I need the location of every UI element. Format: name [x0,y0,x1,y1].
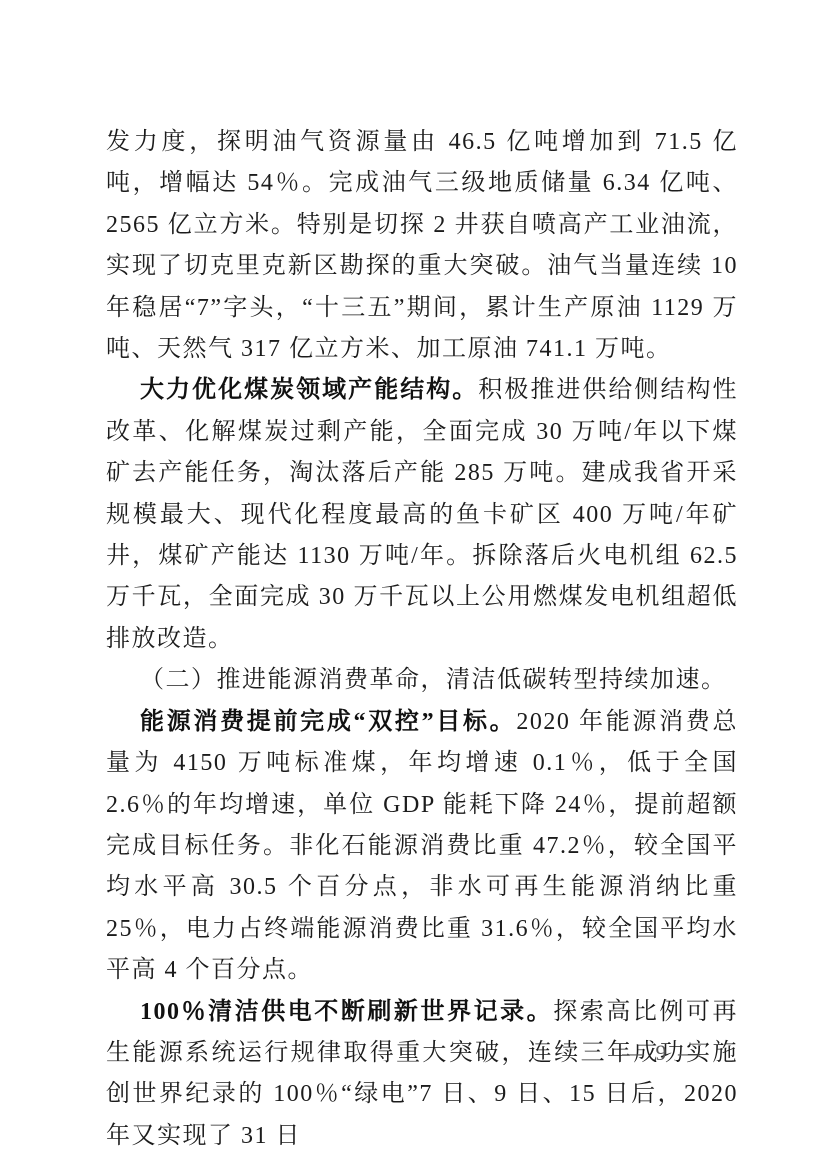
document-page: 发力度，探明油气资源量由 46.5 亿吨增加到 71.5 亿吨，增幅达 54％。… [0,0,827,1169]
paragraph-bold-lead: 大力优化煤炭领域产能结构。 [140,377,478,403]
document-body: 发力度，探明油气资源量由 46.5 亿吨增加到 71.5 亿吨，增幅达 54％。… [106,122,738,1157]
paragraph: 发力度，探明油气资源量由 46.5 亿吨增加到 71.5 亿吨，增幅达 54％。… [106,122,738,370]
paragraph-bold-lead: 能源消费提前完成“双控”目标。 [140,709,516,735]
paragraph: 能源消费提前完成“双控”目标。2020 年能源消费总量为 4150 万吨标准煤，… [106,702,738,992]
paragraph: 100％清洁供电不断刷新世界记录。探索高比例可再生能源系统运行规律取得重大突破，… [106,992,738,1158]
page-number: — 9 — [622,1040,703,1066]
paragraph-text: 积极推进供给侧结构性改革、化解煤炭过剩产能，全面完成 30 万吨/年以下煤矿去产… [106,377,738,651]
paragraph-text: 发力度，探明油气资源量由 46.5 亿吨增加到 71.5 亿吨，增幅达 54％。… [106,129,738,362]
paragraph-bold-lead: 100％清洁供电不断刷新世界记录。 [140,999,553,1025]
paragraph-text: （二）推进能源消费革命，清洁低碳转型持续加速。 [140,667,727,693]
paragraph: 大力优化煤炭领域产能结构。积极推进供给侧结构性改革、化解煤炭过剩产能，全面完成 … [106,370,738,660]
paragraph-text: 2020 年能源消费总量为 4150 万吨标准煤，年均增速 0.1％，低于全国 … [106,709,738,983]
section-heading: （二）推进能源消费革命，清洁低碳转型持续加速。 [106,660,738,701]
